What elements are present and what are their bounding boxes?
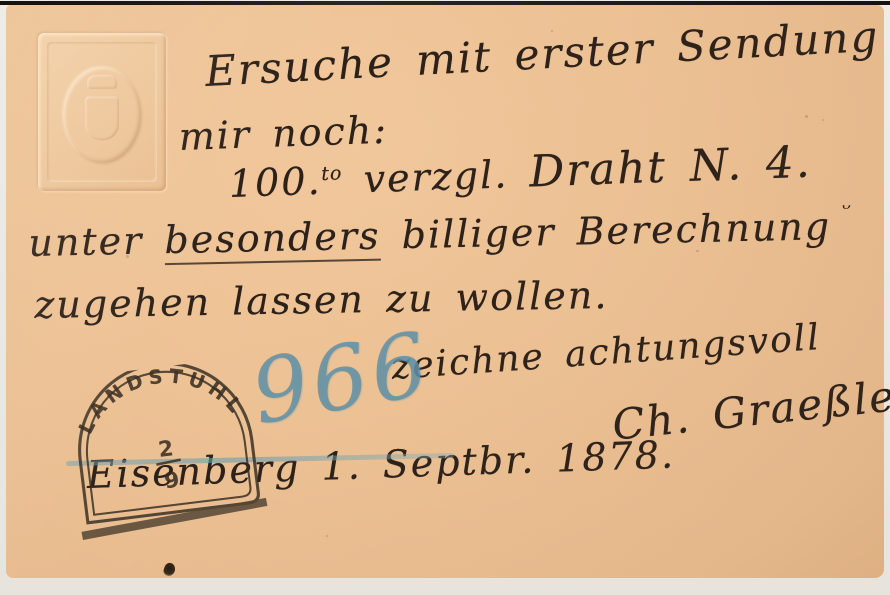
paper-speckle (805, 115, 808, 118)
handwriting-abbrev: verzgl. (363, 152, 509, 201)
paper-speckle (696, 250, 699, 252)
postmark-town-text: LANDSTUHL (68, 355, 251, 440)
handwriting-item: Draht N. 4. (528, 137, 812, 198)
scanned-postcard-page: Ersuche mit erster Sendung mir noch: 100… (0, 0, 890, 595)
blue-crayon-number: 966 (244, 312, 439, 445)
postmark-day: 2 (157, 436, 175, 463)
paper-speckle (551, 30, 553, 32)
handwriting-line4-post: billiger Berechnung (401, 204, 831, 257)
handwriting-quantity-unit: to (321, 162, 343, 185)
handwriting-quantity: 100. (228, 159, 322, 206)
paper-speckle (326, 535, 328, 537)
postmark-base-bar (81, 502, 268, 536)
blue-crayon-underline (66, 453, 454, 466)
postmark-outer-border (70, 354, 260, 522)
handwriting-line4-pre: unter (28, 219, 144, 265)
handwriting-line-6: zeichne achtungsvoll (390, 317, 822, 388)
handwriting-line-3: 100.to verzgl. Draht N. 4. (228, 137, 812, 208)
paper-speckle (126, 255, 129, 258)
postmark-month: 9 (163, 468, 181, 495)
embossed-stamp (38, 33, 166, 191)
embossed-stamp-oval (63, 67, 141, 163)
handwriting-line-4: unter besonders billiger Berechnung (28, 204, 832, 265)
handwriting-dateline: Eisenberg 1. Septbr. 1878. (86, 432, 676, 497)
postmark-inner-border (78, 363, 252, 515)
postmark-fraction-bar (156, 460, 181, 465)
stray-pen-mark: ᵕ (842, 195, 851, 223)
embossed-stamp-frame (47, 42, 157, 182)
handwriting-underlined-word: besonders (164, 214, 381, 266)
handwriting-line-5: zugehen lassen zu wollen. (34, 273, 609, 327)
postmark-landstuhl: LANDSTUHL 2 9 (49, 354, 284, 545)
handwriting-signature: Ch. Graeßle (610, 371, 890, 449)
handwriting-line-1: Ersuche mit erster Sendung (204, 12, 880, 96)
postcard: Ersuche mit erster Sendung mir noch: 100… (6, 5, 884, 578)
paper-speckle (822, 119, 824, 121)
embossed-crown-icon (87, 75, 117, 89)
embossed-shield-icon (85, 96, 119, 140)
ink-blot (162, 562, 177, 578)
handwriting-line-2: mir noch: (178, 108, 389, 159)
